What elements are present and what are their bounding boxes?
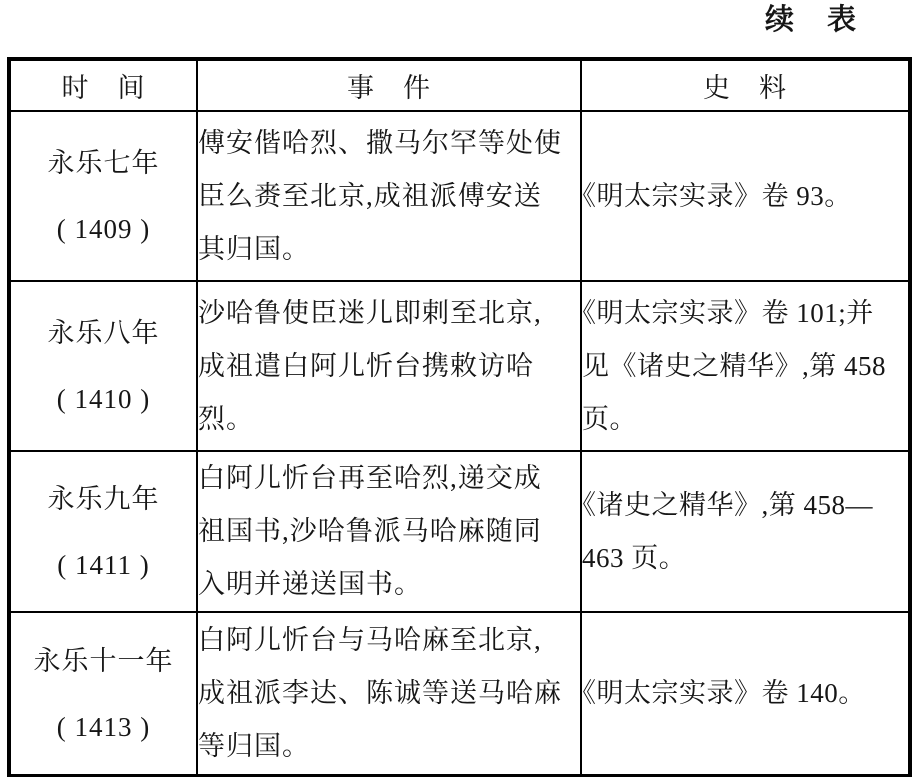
- event-text-line: 白阿儿忻台再至哈烈,递交成: [198, 452, 580, 505]
- event-text-line: 白阿儿忻台与马哈麻至北京,: [198, 614, 580, 667]
- table-row: 永乐七年 ( 1409 ) 傅安偕哈烈、撒马尔罕等处使 臣么赉至北京,成祖派傅安…: [9, 111, 910, 281]
- source-cell: 《明太宗实录》卷 140。: [581, 612, 910, 776]
- history-table: 时 间 事 件 史 料 永乐七年 ( 1409 ) 傅安偕哈烈、撒马尔罕等处使 …: [7, 57, 912, 777]
- time-year: ( 1411 ): [11, 532, 196, 598]
- table-row: 永乐八年 ( 1410 ) 沙哈鲁使臣迷儿即剌至北京, 成祖遣白阿儿忻台携敕访哈…: [9, 281, 910, 451]
- time-cell: 永乐九年 ( 1411 ): [9, 451, 197, 612]
- event-text-line: 等归国。: [198, 720, 580, 773]
- event-cell: 白阿儿忻台再至哈烈,递交成 祖国书,沙哈鲁派马哈麻随同 入明并递送国书。: [197, 451, 581, 612]
- source-text-line: 《明太宗实录》卷 93。: [582, 170, 908, 223]
- event-text-line: 成祖派李达、陈诚等送马哈麻: [198, 667, 580, 720]
- time-year: ( 1413 ): [11, 694, 196, 760]
- document-page: 续 表 时 间 事 件 史 料 永乐七年 ( 1409 ) 傅安偕哈烈、撒马尔罕…: [0, 0, 915, 777]
- time-era: 永乐十一年: [11, 628, 196, 694]
- col-header-event: 事 件: [197, 59, 581, 111]
- continuation-table-label: 续 表: [765, 3, 858, 37]
- source-text-line: 《诸史之精华》,第 458—: [582, 479, 908, 532]
- source-cell: 《明太宗实录》卷 101;并 见《诸史之精华》,第 458 页。: [581, 281, 910, 451]
- time-cell: 永乐十一年 ( 1413 ): [9, 612, 197, 776]
- source-text-line: 463 页。: [582, 532, 908, 585]
- time-year: ( 1409 ): [11, 196, 196, 262]
- event-cell: 傅安偕哈烈、撒马尔罕等处使 臣么赉至北京,成祖派傅安送 其归国。: [197, 111, 581, 281]
- time-era: 永乐七年: [11, 130, 196, 196]
- event-text-line: 臣么赉至北京,成祖派傅安送: [198, 170, 580, 223]
- time-cell: 永乐八年 ( 1410 ): [9, 281, 197, 451]
- event-text-line: 入明并递送国书。: [198, 558, 580, 611]
- time-year: ( 1410 ): [11, 366, 196, 432]
- source-text-line: 见《诸史之精华》,第 458: [582, 340, 908, 393]
- source-cell: 《明太宗实录》卷 93。: [581, 111, 910, 281]
- table-row: 永乐十一年 ( 1413 ) 白阿儿忻台与马哈麻至北京, 成祖派李达、陈诚等送马…: [9, 612, 910, 776]
- event-text-line: 沙哈鲁使臣迷儿即剌至北京,: [198, 287, 580, 340]
- col-header-source: 史 料: [581, 59, 910, 111]
- header-row: 时 间 事 件 史 料: [9, 59, 910, 111]
- event-text-line: 其归国。: [198, 223, 580, 276]
- source-text-line: 页。: [582, 393, 908, 446]
- source-text-line: 《明太宗实录》卷 140。: [582, 667, 908, 720]
- table-row: 永乐九年 ( 1411 ) 白阿儿忻台再至哈烈,递交成 祖国书,沙哈鲁派马哈麻随…: [9, 451, 910, 612]
- source-cell: 《诸史之精华》,第 458— 463 页。: [581, 451, 910, 612]
- time-era: 永乐八年: [11, 300, 196, 366]
- event-cell: 沙哈鲁使臣迷儿即剌至北京, 成祖遣白阿儿忻台携敕访哈 烈。: [197, 281, 581, 451]
- event-text-line: 祖国书,沙哈鲁派马哈麻随同: [198, 505, 580, 558]
- event-text-line: 成祖遣白阿儿忻台携敕访哈: [198, 340, 580, 393]
- event-text-line: 烈。: [198, 393, 580, 446]
- event-text-line: 傅安偕哈烈、撒马尔罕等处使: [198, 117, 580, 170]
- time-era: 永乐九年: [11, 466, 196, 532]
- time-cell: 永乐七年 ( 1409 ): [9, 111, 197, 281]
- col-header-time: 时 间: [9, 59, 197, 111]
- source-text-line: 《明太宗实录》卷 101;并: [582, 287, 908, 340]
- event-cell: 白阿儿忻台与马哈麻至北京, 成祖派李达、陈诚等送马哈麻 等归国。: [197, 612, 581, 776]
